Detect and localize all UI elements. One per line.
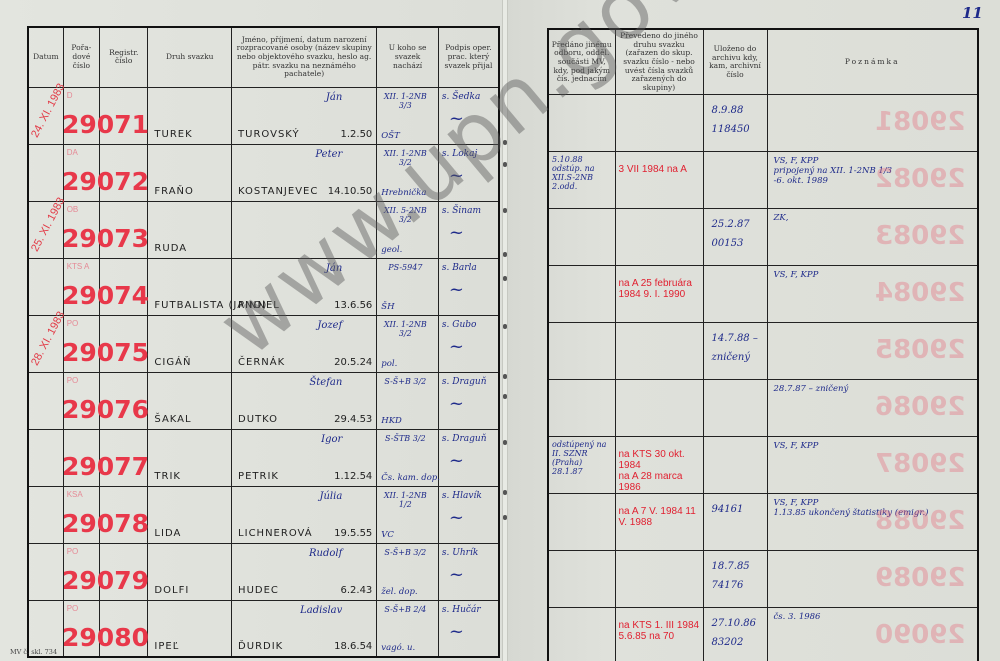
- cell-type: RUDA: [148, 201, 232, 258]
- cell-archived: [703, 266, 767, 323]
- cell-archived: 94161: [703, 494, 767, 551]
- cell-reg: 29077: [100, 429, 148, 486]
- file-location-unit: S-Š+B 3/2: [380, 377, 430, 386]
- remark: čs. 3. 1986: [774, 612, 821, 622]
- cell-archived: 25.2.87 00153: [703, 209, 767, 266]
- cell-converted: 3 VII 1984 na A: [615, 152, 703, 209]
- cell-person: Júlia LICHNEROVÁ 19.5.55: [232, 486, 377, 543]
- table-row: odstúpený na II. SZNR (Praha) 28.1.87 na…: [548, 437, 978, 494]
- cell-handed-over: [548, 608, 615, 661]
- cell-person: Igor PETRIK 1.12.54: [232, 429, 377, 486]
- cell-person: Jozef ČERNÁK 20.5.24: [232, 315, 377, 372]
- table-row: 18.7.85 74176 29089: [548, 551, 978, 608]
- cell-signature: s. Gubo ~: [438, 315, 499, 372]
- stitch-hole: [503, 490, 507, 495]
- cell-date: [28, 486, 63, 543]
- person-first-name: Jozef: [317, 320, 342, 331]
- cell-handed-over: [548, 209, 615, 266]
- person-surname: HUDEC: [238, 585, 279, 596]
- officer-name: s. Šinam: [442, 206, 481, 216]
- cell-person: Štefan DUTKO 29.4.53: [232, 372, 377, 429]
- person-surname: LICHNEROVÁ: [238, 528, 313, 539]
- stitch-hole: [503, 162, 507, 167]
- cell-signature: s. Draguň ~: [438, 372, 499, 429]
- cell-date: 28. XI. 1983: [28, 315, 63, 372]
- person-first-name: Júlia: [319, 491, 342, 502]
- right-register-table: Předáno jinému odboru, odděl. součásti M…: [547, 28, 979, 661]
- file-location-unit: XII. 1-2NB 3/3: [380, 92, 430, 110]
- order-mark: KSA: [67, 490, 83, 499]
- form-code: MV č. skl. 734: [10, 648, 57, 656]
- header-officer-signature: Podpis oper. prac. který svazek přijal: [438, 27, 499, 87]
- order-mark: KTS A: [67, 262, 90, 271]
- stitch-hole: [503, 276, 507, 281]
- archive-record: 27.10.86 83202: [712, 614, 757, 652]
- stitch-hole: [503, 140, 507, 145]
- cell-type: TUREK: [148, 87, 232, 144]
- table-row: 25. XI. 1983 OB 29073 RUDA XII. 5-2NB 3/…: [28, 201, 499, 258]
- file-codename: IPEĽ: [154, 641, 179, 652]
- registration-number-stamp: 29073: [62, 224, 149, 253]
- header-person-name: Jméno, příjmení, datum narození rozpraco…: [232, 27, 377, 87]
- registration-number-stamp: 29080: [62, 623, 149, 652]
- cell-type: FRAŇO: [148, 144, 232, 201]
- table-row: 24. XI. 1983 D 29071 TUREK Ján TUROVSKÝ …: [28, 87, 499, 144]
- cell-type: DOLFI: [148, 543, 232, 600]
- officer-signature-scribble: ~: [449, 108, 464, 129]
- cell-note: ZK, 29083: [767, 209, 978, 266]
- header-file-location: U koho se svazek nachází: [377, 27, 439, 87]
- table-row: PO 29076 ŠAKAL Štefan DUTKO 29.4.53 S-Š+…: [28, 372, 499, 429]
- file-location-unit: XII. 1-2NB 3/2: [380, 320, 430, 338]
- cell-date: [28, 372, 63, 429]
- registration-number-stamp: 29075: [62, 338, 149, 367]
- officer-name: s. Draguň: [442, 434, 487, 444]
- page-number: 11: [962, 4, 983, 22]
- officer-name: s. Gubo: [442, 320, 477, 330]
- cell-reg: 29072: [100, 144, 148, 201]
- table-row: 28. XI. 1983 PO 29075 CIGÁŇ Jozef ČERNÁK…: [28, 315, 499, 372]
- bleed-through-number: 29088: [875, 506, 965, 536]
- cell-converted: na KTS 1. III 1984 5.6.85 na 70: [615, 608, 703, 661]
- header-order-number: Pořa- dové číslo: [63, 27, 99, 87]
- cell-date: 24. XI. 1983: [28, 87, 63, 144]
- left-register-table: Datum Pořa- dové číslo Registr. číslo Dr…: [27, 26, 500, 658]
- person-first-name: Ján: [326, 92, 342, 103]
- person-birth-date: 1.12.54: [334, 471, 372, 482]
- cell-location: S-Š+B 3/2 HKD: [377, 372, 439, 429]
- file-location-note: OŠT: [381, 131, 399, 141]
- cell-converted: na KTS 30 okt. 1984 na A 28 marca 1986: [615, 437, 703, 494]
- cell-archived: 8.9.88 118450: [703, 95, 767, 152]
- table-row: 25.2.87 00153 ZK, 29083: [548, 209, 978, 266]
- person-first-name: Štefan: [309, 377, 342, 388]
- bleed-through-number: 29085: [875, 335, 965, 365]
- person-surname: ĎURDIK: [238, 641, 283, 652]
- order-mark: OB: [67, 205, 79, 214]
- cell-signature: s. Šinam ~: [438, 201, 499, 258]
- cell-converted: na A 7 V. 1984 11 V. 1988: [615, 494, 703, 551]
- table-row: PO 29079 DOLFI Rudolf HUDEC 6.2.43 S-Š+B…: [28, 543, 499, 600]
- file-location-note: geol.: [381, 245, 402, 255]
- bleed-through-number: 29089: [875, 563, 965, 593]
- remark: ZK,: [774, 213, 789, 223]
- officer-signature-scribble: ~: [449, 279, 464, 300]
- file-codename: ŠAKAL: [154, 414, 191, 425]
- order-mark: PO: [67, 319, 79, 328]
- conversion-stamp: na A 25 februára 1984 9. I. 1990: [619, 278, 703, 300]
- conversion-stamp: na KTS 30 okt. 1984 na A 28 marca 1986: [619, 449, 703, 493]
- remark: VS, F, KPP: [774, 441, 819, 451]
- table-row: na A 25 februára 1984 9. I. 1990 VS, F, …: [548, 266, 978, 323]
- cell-person: Ladislav ĎURDIK 18.6.54: [232, 600, 377, 657]
- book-spine: [502, 0, 508, 661]
- stitch-hole: [503, 394, 507, 399]
- table-row: 29077 TRIK Igor PETRIK 1.12.54 S-ŠTB 3/2…: [28, 429, 499, 486]
- person-first-name: Igor: [321, 434, 342, 445]
- table-row: KSA 29078 LIDA Júlia LICHNEROVÁ 19.5.55 …: [28, 486, 499, 543]
- conversion-stamp: na A 7 V. 1984 11 V. 1988: [619, 506, 703, 528]
- file-codename: CIGÁŇ: [154, 357, 191, 368]
- cell-signature: s. Lokaj ~: [438, 144, 499, 201]
- file-location-unit: S-Š+B 3/2: [380, 548, 430, 557]
- person-first-name: Ján: [326, 263, 342, 274]
- cell-type: LIDA: [148, 486, 232, 543]
- file-location-note: Čs. kam. dop.: [381, 473, 440, 483]
- order-mark: D: [67, 91, 73, 100]
- file-location-unit: PS-5947: [380, 263, 430, 272]
- registration-number-stamp: 29079: [62, 566, 149, 595]
- cell-reg: 29080: [100, 600, 148, 657]
- cell-converted: na A 25 februára 1984 9. I. 1990: [615, 266, 703, 323]
- person-surname: KOSTANJEVEC: [238, 186, 318, 197]
- cell-archived: [703, 380, 767, 437]
- cell-note: čs. 3. 1986 29090: [767, 608, 978, 661]
- registration-number-stamp: 29074: [62, 281, 149, 310]
- cell-signature: s. Hlavík ~: [438, 486, 499, 543]
- table-row: PO 29080 IPEĽ Ladislav ĎURDIK 18.6.54 S-…: [28, 600, 499, 657]
- cell-location: S-Š+B 3/2 žel. dop.: [377, 543, 439, 600]
- cell-location: XII. 1-2NB 1/2 VC: [377, 486, 439, 543]
- right-header-row: Předáno jinému odboru, odděl. součásti M…: [548, 29, 978, 95]
- officer-name: s. Lokaj: [442, 149, 477, 159]
- officer-name: s. Barla: [442, 263, 477, 273]
- table-row: 14.7.88 – zničený 29085: [548, 323, 978, 380]
- stitch-hole: [503, 208, 507, 213]
- file-codename: TUREK: [154, 129, 192, 140]
- archive-record: 8.9.88 118450: [712, 101, 750, 139]
- bleed-through-number: 29082: [875, 164, 965, 194]
- officer-name: s. Hlavík: [442, 491, 482, 501]
- registration-number-stamp: 29077: [62, 452, 149, 481]
- header-file-type: Druh svazku: [148, 27, 232, 87]
- bleed-through-number: 29090: [875, 620, 965, 650]
- file-location-unit: XII. 5-2NB 3/2: [380, 206, 430, 224]
- order-mark: PO: [67, 604, 79, 613]
- file-location-unit: S-Š+B 2/4: [380, 605, 430, 614]
- handed-over-note: 5.10.88 odstúp. na XII.S-2NB 2.odd.: [552, 155, 614, 191]
- officer-signature-scribble: ~: [449, 621, 464, 642]
- cell-converted: [615, 380, 703, 437]
- cell-note: VS, F, KPP 29084: [767, 266, 978, 323]
- officer-signature-scribble: ~: [449, 450, 464, 471]
- bleed-through-number: 29081: [875, 107, 965, 137]
- stitch-hole: [503, 252, 507, 257]
- remark: VS, F, KPP: [774, 270, 819, 280]
- cell-note: VS, F, KPP 1.13.85 ukončený štatistiky (…: [767, 494, 978, 551]
- cell-handed-over: [548, 494, 615, 551]
- file-codename: RUDA: [154, 243, 187, 254]
- cell-type: TRIK: [148, 429, 232, 486]
- file-codename: LIDA: [154, 528, 181, 539]
- stitch-hole: [503, 324, 507, 329]
- cell-person: Peter KOSTANJEVEC 14.10.50: [232, 144, 377, 201]
- cell-location: S-ŠTB 3/2 Čs. kam. dop.: [377, 429, 439, 486]
- header-datum: Datum: [28, 27, 63, 87]
- cell-location: S-Š+B 2/4 vagó. u.: [377, 600, 439, 657]
- cell-reg: 29071: [100, 87, 148, 144]
- cell-handed-over: odstúpený na II. SZNR (Praha) 28.1.87: [548, 437, 615, 494]
- cell-reg: 29074: [100, 258, 148, 315]
- cell-signature: s. Barla ~: [438, 258, 499, 315]
- person-birth-date: 20.5.24: [334, 357, 372, 368]
- cell-location: XII. 1-2NB 3/3 OŠT: [377, 87, 439, 144]
- table-row: KTS A 29074 FUTBALISTA (JANO) Ján PINNEL…: [28, 258, 499, 315]
- person-birth-date: 18.6.54: [334, 641, 372, 652]
- cell-handed-over: [548, 323, 615, 380]
- officer-name: s. Šedka: [442, 92, 480, 102]
- cell-archived: [703, 437, 767, 494]
- handed-over-note: odstúpený na II. SZNR (Praha) 28.1.87: [552, 440, 614, 476]
- file-location-note: VC: [381, 530, 394, 540]
- order-mark: DA: [67, 148, 78, 157]
- remark: 28.7.87 – zničený: [774, 384, 849, 394]
- person-birth-date: 13.6.56: [334, 300, 372, 311]
- cell-archived: 27.10.86 83202: [703, 608, 767, 661]
- cell-location: XII. 1-2NB 3/2 Hrebnička: [377, 144, 439, 201]
- bleed-through-number: 29084: [875, 278, 965, 308]
- cell-reg: 29079: [100, 543, 148, 600]
- header-registration-number: Registr. číslo: [100, 27, 148, 87]
- cell-note: 29089: [767, 551, 978, 608]
- cell-converted: [615, 209, 703, 266]
- cell-person: Rudolf HUDEC 6.2.43: [232, 543, 377, 600]
- file-location-note: žel. dop.: [381, 587, 417, 597]
- officer-signature-scribble: ~: [449, 507, 464, 528]
- table-row: na KTS 1. III 1984 5.6.85 na 70 27.10.86…: [548, 608, 978, 661]
- person-first-name: Ladislav: [300, 605, 342, 616]
- file-location-note: HKD: [381, 416, 402, 426]
- cell-archived: [703, 152, 767, 209]
- cell-signature: s. Uhrík ~: [438, 543, 499, 600]
- cell-person: Ján PINNEL 13.6.56: [232, 258, 377, 315]
- cell-location: XII. 5-2NB 3/2 geol.: [377, 201, 439, 258]
- cell-archived: 14.7.88 – zničený: [703, 323, 767, 380]
- cell-converted: [615, 323, 703, 380]
- cell-handed-over: [548, 551, 615, 608]
- person-birth-date: 29.4.53: [334, 414, 372, 425]
- officer-signature-scribble: ~: [449, 336, 464, 357]
- conversion-stamp: na KTS 1. III 1984 5.6.85 na 70: [619, 620, 700, 642]
- registration-number-stamp: 29071: [62, 110, 149, 139]
- file-codename: FRAŇO: [154, 186, 194, 197]
- person-surname: DUTKO: [238, 414, 278, 425]
- bleed-through-number: 29087: [875, 449, 965, 479]
- officer-signature-scribble: ~: [449, 222, 464, 243]
- person-surname: ČERNÁK: [238, 357, 285, 368]
- person-birth-date: 6.2.43: [340, 585, 372, 596]
- bleed-through-number: 29083: [875, 221, 965, 251]
- file-location-note: Hrebnička: [381, 188, 426, 198]
- file-location-note: pol.: [381, 359, 397, 369]
- officer-signature-scribble: ~: [449, 393, 464, 414]
- table-row: na A 7 V. 1984 11 V. 1988 94161 VS, F, K…: [548, 494, 978, 551]
- file-codename: DOLFI: [154, 585, 189, 596]
- cell-location: PS-5947 ŠH: [377, 258, 439, 315]
- table-row: 5.10.88 odstúp. na XII.S-2NB 2.odd. 3 VI…: [548, 152, 978, 209]
- left-header-row: Datum Pořa- dové číslo Registr. číslo Dr…: [28, 27, 499, 87]
- header-converted: Převedeno do jiného druhu svazku (zařaze…: [615, 29, 703, 95]
- file-location-unit: S-ŠTB 3/2: [380, 434, 430, 443]
- cell-note: VS, F, KPP pripojený na XII. 1-2NB 1/3 -…: [767, 152, 978, 209]
- cell-person: [232, 201, 377, 258]
- cell-date: [28, 429, 63, 486]
- cell-archived: 18.7.85 74176: [703, 551, 767, 608]
- archive-record: 25.2.87 00153: [712, 215, 750, 253]
- cell-type: CIGÁŇ: [148, 315, 232, 372]
- table-row: DA 29072 FRAŇO Peter KOSTANJEVEC 14.10.5…: [28, 144, 499, 201]
- cell-handed-over: 5.10.88 odstúp. na XII.S-2NB 2.odd.: [548, 152, 615, 209]
- person-birth-date: 1.2.50: [340, 129, 372, 140]
- file-location-note: vagó. u.: [381, 643, 415, 653]
- archive-record: 14.7.88 – zničený: [712, 329, 767, 367]
- cell-date: 25. XI. 1983: [28, 201, 63, 258]
- registration-number-stamp: 29078: [62, 509, 149, 538]
- stitch-hole: [503, 515, 507, 520]
- registration-number-stamp: 29072: [62, 167, 149, 196]
- header-handed-over: Předáno jinému odboru, odděl. součásti M…: [548, 29, 615, 95]
- registration-number-stamp: 29076: [62, 395, 149, 424]
- cell-converted: [615, 95, 703, 152]
- person-surname: PINNEL: [238, 300, 280, 311]
- archive-record: 18.7.85 74176: [712, 557, 750, 595]
- person-birth-date: 19.5.55: [334, 528, 372, 539]
- cell-person: Ján TUROVSKÝ 1.2.50: [232, 87, 377, 144]
- bleed-through-number: 29086: [875, 392, 965, 422]
- cell-signature: s. Draguň ~: [438, 429, 499, 486]
- stitch-hole: [503, 440, 507, 445]
- officer-signature-scribble: ~: [449, 165, 464, 186]
- cell-handed-over: [548, 266, 615, 323]
- officer-name: s. Uhrík: [442, 548, 478, 558]
- officer-name: s. Hučár: [442, 605, 481, 615]
- cell-date: [28, 543, 63, 600]
- cell-note: VS, F, KPP 29087: [767, 437, 978, 494]
- cell-location: XII. 1-2NB 3/2 pol.: [377, 315, 439, 372]
- person-first-name: Rudolf: [309, 548, 342, 559]
- cell-reg: 29078: [100, 486, 148, 543]
- cell-reg: 29075: [100, 315, 148, 372]
- archive-record: 94161: [712, 500, 744, 519]
- file-location-unit: XII. 1-2NB 1/2: [380, 491, 430, 509]
- cell-reg: 29076: [100, 372, 148, 429]
- header-note: Poznámka: [767, 29, 978, 95]
- person-first-name: Peter: [315, 149, 342, 160]
- person-surname: TUROVSKÝ: [238, 129, 300, 140]
- file-location-note: ŠH: [381, 302, 394, 312]
- conversion-stamp: 3 VII 1984 na A: [619, 164, 687, 175]
- cell-note: 29081: [767, 95, 978, 152]
- officer-name: s. Draguň: [442, 377, 487, 387]
- cell-type: ŠAKAL: [148, 372, 232, 429]
- officer-signature-scribble: ~: [449, 564, 464, 585]
- cell-date: [28, 258, 63, 315]
- order-mark: PO: [67, 376, 79, 385]
- cell-type: FUTBALISTA (JANO): [148, 258, 232, 315]
- table-row: 28.7.87 – zničený 29086: [548, 380, 978, 437]
- cell-signature: s. Hučár ~: [438, 600, 499, 657]
- table-row: 8.9.88 118450 29081: [548, 95, 978, 152]
- header-archived: Uloženo do archivu kdy, kam, archivní čí…: [703, 29, 767, 95]
- cell-note: 29085: [767, 323, 978, 380]
- cell-reg: 29073: [100, 201, 148, 258]
- cell-converted: [615, 551, 703, 608]
- order-mark: PO: [67, 547, 79, 556]
- cell-handed-over: [548, 95, 615, 152]
- file-codename: TRIK: [154, 471, 181, 482]
- person-surname: PETRIK: [238, 471, 279, 482]
- cell-date: [28, 144, 63, 201]
- cell-note: 28.7.87 – zničený 29086: [767, 380, 978, 437]
- file-location-unit: XII. 1-2NB 3/2: [380, 149, 430, 167]
- stitch-hole: [503, 374, 507, 379]
- cell-signature: s. Šedka ~: [438, 87, 499, 144]
- cell-handed-over: [548, 380, 615, 437]
- person-birth-date: 14.10.50: [328, 186, 373, 197]
- cell-type: IPEĽ: [148, 600, 232, 657]
